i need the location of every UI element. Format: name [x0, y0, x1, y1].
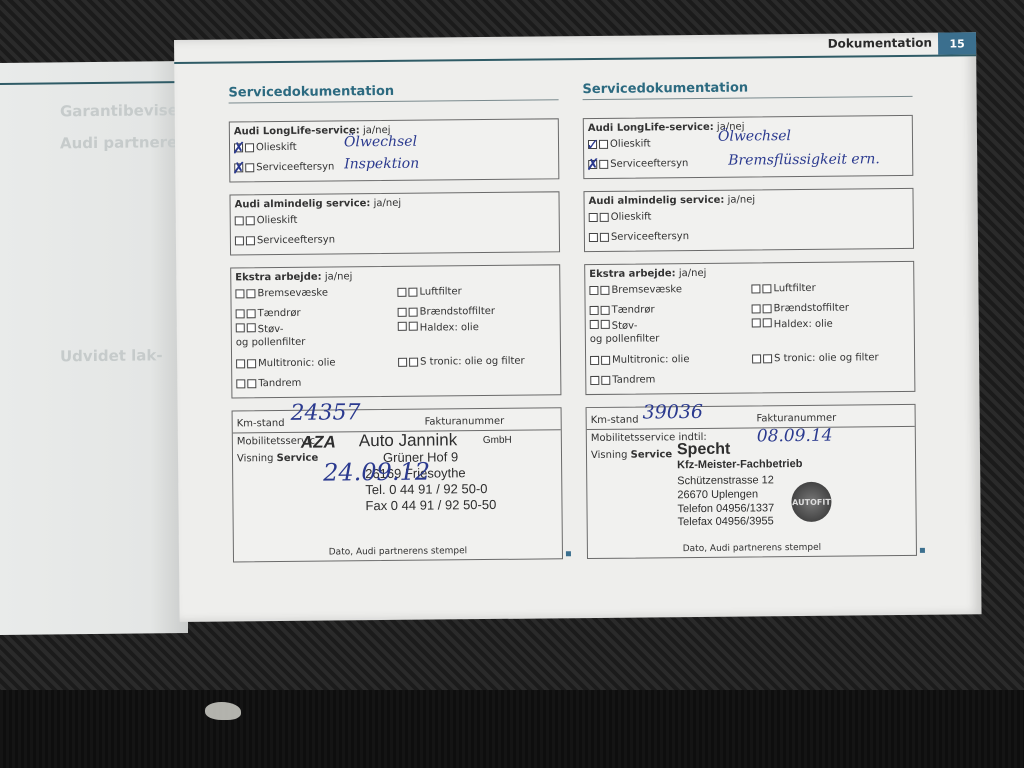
checkbox[interactable] [235, 216, 244, 225]
serviceeftersyn-label: Serviceeftersyn [256, 161, 334, 173]
checkbox[interactable] [762, 284, 771, 293]
general-service-box: Audi almindelig service: ja/nej Olieskif… [229, 191, 560, 255]
ja-nej: ja/nej [325, 271, 353, 282]
end-marker [920, 548, 925, 553]
checkbox[interactable] [601, 320, 610, 329]
olieskift-label: Olieskift [611, 211, 652, 222]
ja-nej: ja/nej [679, 268, 707, 279]
extra-item: Luftfilter [773, 282, 815, 293]
extra-item-cont: og pollenfilter [236, 337, 306, 349]
page-number: 15 [938, 32, 976, 54]
stamp-suffix: GmbH [483, 435, 512, 446]
checkbox[interactable] [408, 287, 417, 296]
ghost-heading: Audi partnerer [60, 133, 185, 152]
extra-item: Haldex: olie [420, 322, 479, 334]
checkbox[interactable] [601, 305, 610, 314]
extra-item: Brændstoffilter [774, 302, 849, 314]
extra-work-box: Ekstra arbejde: ja/nej Bremsevæske Luftf… [584, 261, 915, 395]
extra-item: Tandrem [612, 374, 655, 385]
checkbox[interactable] [752, 354, 761, 363]
km-value: 24357 [290, 400, 360, 426]
section-title: Servicedokumentation [582, 79, 912, 100]
stamp-company: Specht [677, 441, 731, 460]
checkbox[interactable] [590, 320, 599, 329]
ja-nej: ja/nej [374, 198, 402, 209]
stamp-fax: Telefax 04956/3955 [678, 515, 774, 528]
checkbox[interactable] [590, 305, 599, 314]
stamp-footer: Dato, Audi partnerens stempel [588, 542, 916, 555]
extra-item: Tændrør [612, 304, 655, 315]
checkbox[interactable] [236, 379, 245, 388]
stamp-footer: Dato, Audi partnerens stempel [234, 545, 562, 558]
service-label: Service [277, 453, 319, 464]
extra-item: Brændstoffilter [420, 305, 495, 317]
checkbox[interactable] [752, 318, 761, 327]
extra-item: Luftfilter [419, 286, 461, 297]
extra-item: Støv- [258, 324, 284, 335]
checkbox[interactable] [398, 357, 407, 366]
checkbox[interactable] [599, 159, 608, 168]
ghost-heading: Udvidet lak- [60, 346, 163, 365]
stamp-phone: Telefon 04956/1337 [677, 502, 774, 515]
handwritten-date: 24.09.12 [323, 458, 430, 487]
invoice-label: Fakturanummer [424, 416, 504, 428]
extra-item: Tændrør [258, 307, 301, 318]
extra-item: Bremsevæske [611, 284, 682, 296]
visning-label: Visning [591, 450, 628, 461]
checkbox[interactable] [247, 359, 256, 368]
checkbox[interactable] [600, 232, 609, 241]
km-value: 39036 [642, 401, 703, 424]
checkbox[interactable] [398, 307, 407, 316]
mobility-date: 08.09.14 [757, 426, 833, 447]
autofit-logo: AUTOFIT [791, 482, 831, 522]
extra-work-box: Ekstra arbejde: ja/nej Bremsevæske Luftf… [230, 264, 561, 398]
checkbox[interactable] [752, 304, 761, 313]
car-seat [0, 690, 1024, 768]
checkbox[interactable] [589, 285, 598, 294]
stamp-box: Km-stand 39036 Fakturanummer Mobilitetss… [586, 404, 917, 559]
olieskift-label: Olieskift [256, 141, 297, 152]
checkbox[interactable] [763, 354, 772, 363]
check-mark-icon: ✗ [232, 158, 246, 177]
serviceeftersyn-label: Serviceeftersyn [257, 234, 335, 246]
left-page: Garantibeviset Audi partnerer Udvidet la… [0, 61, 188, 635]
checkbox[interactable] [409, 322, 418, 331]
checkbox[interactable] [589, 232, 598, 241]
handwritten-note: Inspektion [344, 156, 419, 173]
checkbox[interactable] [751, 284, 760, 293]
checkbox[interactable] [600, 285, 609, 294]
handwritten-note: Ölwechsel [718, 128, 791, 145]
handwritten-note: Bremsflüssigkeit ern. [728, 151, 880, 168]
checkbox[interactable] [599, 139, 608, 148]
checkbox[interactable] [409, 357, 418, 366]
ghost-heading: Garantibeviset [60, 101, 185, 120]
header-title: Dokumentation [828, 36, 933, 51]
checkbox[interactable] [245, 163, 254, 172]
checkbox[interactable] [409, 307, 418, 316]
longlife-box: Audi LongLife-service: ja/nej ✗Olieskift… [229, 118, 560, 182]
extra-item: Multitronic: olie [258, 357, 335, 369]
ja-nej: ja/nej [728, 194, 756, 205]
checkbox[interactable] [601, 355, 610, 364]
checkbox[interactable] [236, 309, 245, 318]
checkbox[interactable] [236, 323, 245, 332]
service-entry-1: Servicedokumentation Audi LongLife-servi… [228, 82, 563, 574]
stamp-address: Schützenstrasse 12 [677, 474, 774, 487]
longlife-box: Audi LongLife-service: ja/nej ✓Olieskift… [583, 115, 914, 179]
stamp-subtitle: Kfz-Meister-Fachbetrieb [677, 458, 802, 471]
end-marker [566, 551, 571, 556]
general-service-box: Audi almindelig service: ja/nej Olieskif… [583, 188, 914, 252]
check-mark-icon: ✗ [232, 138, 246, 157]
stamp-fax: Fax 0 44 91 / 92 50-50 [365, 497, 496, 513]
checkbox[interactable] [235, 289, 244, 298]
checkbox[interactable] [245, 143, 254, 152]
extra-item: Tandrem [258, 377, 301, 388]
handwritten-note: Ölwechsel [344, 134, 417, 151]
extra-item: Haldex: olie [774, 319, 833, 331]
extra-item-cont: og pollenfilter [590, 333, 660, 345]
invoice-label: Fakturanummer [756, 413, 836, 425]
extra-label: Ekstra arbejde: [235, 272, 321, 284]
checkbox[interactable] [236, 359, 245, 368]
checkbox[interactable] [246, 236, 255, 245]
right-page: Dokumentation 15 Servicedokumentation Au… [174, 32, 982, 622]
section-title: Servicedokumentation [228, 82, 558, 103]
service-label: Service [631, 449, 673, 460]
checkbox[interactable] [247, 379, 256, 388]
checkbox[interactable] [246, 289, 255, 298]
km-label: Km-stand [591, 415, 639, 426]
extra-item: Bremsevæske [257, 287, 328, 299]
stamp-brand: AZA [301, 432, 336, 452]
checkbox[interactable] [763, 304, 772, 313]
checkbox[interactable] [247, 309, 256, 318]
extra-item: S tronic: olie og filter [774, 352, 879, 364]
serviceeftersyn-label: Serviceeftersyn [611, 231, 689, 243]
check-mark-icon: ✓ [586, 134, 600, 153]
checkbox[interactable] [398, 322, 407, 331]
checkbox[interactable] [590, 355, 599, 364]
checkbox[interactable] [397, 287, 406, 296]
service-entry-2: Servicedokumentation Audi LongLife-servi… [582, 79, 917, 571]
stamp-city: 26670 Uplengen [677, 488, 758, 501]
checkbox[interactable] [601, 375, 610, 384]
serviceeftersyn-label: Serviceeftersyn [610, 158, 688, 170]
checkbox[interactable] [590, 375, 599, 384]
lint-debris [205, 702, 241, 720]
checkbox[interactable] [763, 318, 772, 327]
checkbox[interactable] [589, 212, 598, 221]
visning-label: Visning [237, 453, 274, 464]
header-rule [0, 81, 188, 85]
checkbox[interactable] [246, 216, 255, 225]
stamp-box: Km-stand 24357 Fakturanummer Mobilitetss… [232, 407, 563, 562]
olieskift-label: Olieskift [257, 214, 298, 225]
checkbox[interactable] [235, 236, 244, 245]
check-mark-icon: ✗ [586, 154, 600, 173]
km-label: Km-stand [237, 418, 285, 429]
checkbox[interactable] [600, 212, 609, 221]
olieskift-label: Olieskift [610, 138, 651, 149]
page-header: Dokumentation 15 [174, 32, 976, 64]
checkbox[interactable] [247, 323, 256, 332]
extra-item: S tronic: olie og filter [420, 355, 525, 367]
stamp-company: Auto Jannink [359, 430, 457, 451]
extra-item: Støv- [612, 321, 638, 332]
extra-item: Multitronic: olie [612, 354, 689, 366]
extra-label: Ekstra arbejde: [589, 268, 675, 280]
